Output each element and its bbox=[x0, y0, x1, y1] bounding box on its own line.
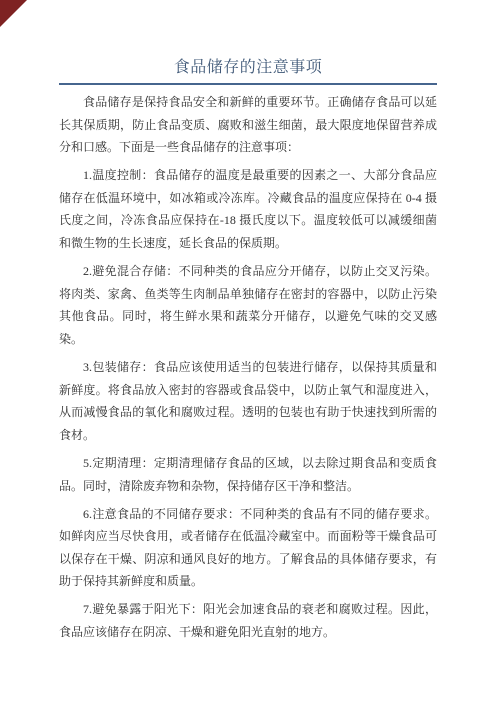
title-divider bbox=[59, 83, 437, 85]
document-title: 食品储存的注意事项 bbox=[59, 57, 437, 79]
paragraph-packaging-storage: 3.包装储存：食品应该使用适当的包装进行储存，以保持其质量和新鲜度。将食品放入密… bbox=[59, 356, 437, 446]
paragraph-intro: 食品储存是保持食品安全和新鲜的重要环节。正确储存食品可以延长其保质期，防止食品变… bbox=[59, 91, 437, 159]
paragraph-avoid-sunlight: 7.避免暴露于阳光下：阳光会加速食品的衰老和腐败过程。因此，食品应该储存在阴凉、… bbox=[59, 598, 437, 643]
paragraph-regular-cleaning: 5.定期清理：定期清理储存食品的区域，以去除过期食品和变质食品。同时，清除废弃物… bbox=[59, 452, 437, 497]
document-page: 食品储存的注意事项 食品储存是保持食品安全和新鲜的重要环节。正确储存食品可以延长… bbox=[0, 0, 496, 702]
document-content: 食品储存的注意事项 食品储存是保持食品安全和新鲜的重要环节。正确储存食品可以延长… bbox=[59, 57, 437, 649]
document-body: 食品储存是保持食品安全和新鲜的重要环节。正确储存食品可以延长其保质期，防止食品变… bbox=[59, 91, 437, 644]
page-corner-fold-icon bbox=[0, 0, 27, 27]
paragraph-avoid-mixed-storage: 2.避免混合存储：不同种类的食品应分开储存，以防止交叉污染。将肉类、家禽、鱼类等… bbox=[59, 260, 437, 350]
paragraph-temperature-control: 1.温度控制：食品储存的温度是最重要的因素之一、大部分食品应储存在低温环境中，如… bbox=[59, 164, 437, 254]
paragraph-storage-requirements: 6.注意食品的不同储存要求：不同种类的食品有不同的储存要求。如鲜肉应当尽快食用，… bbox=[59, 503, 437, 593]
